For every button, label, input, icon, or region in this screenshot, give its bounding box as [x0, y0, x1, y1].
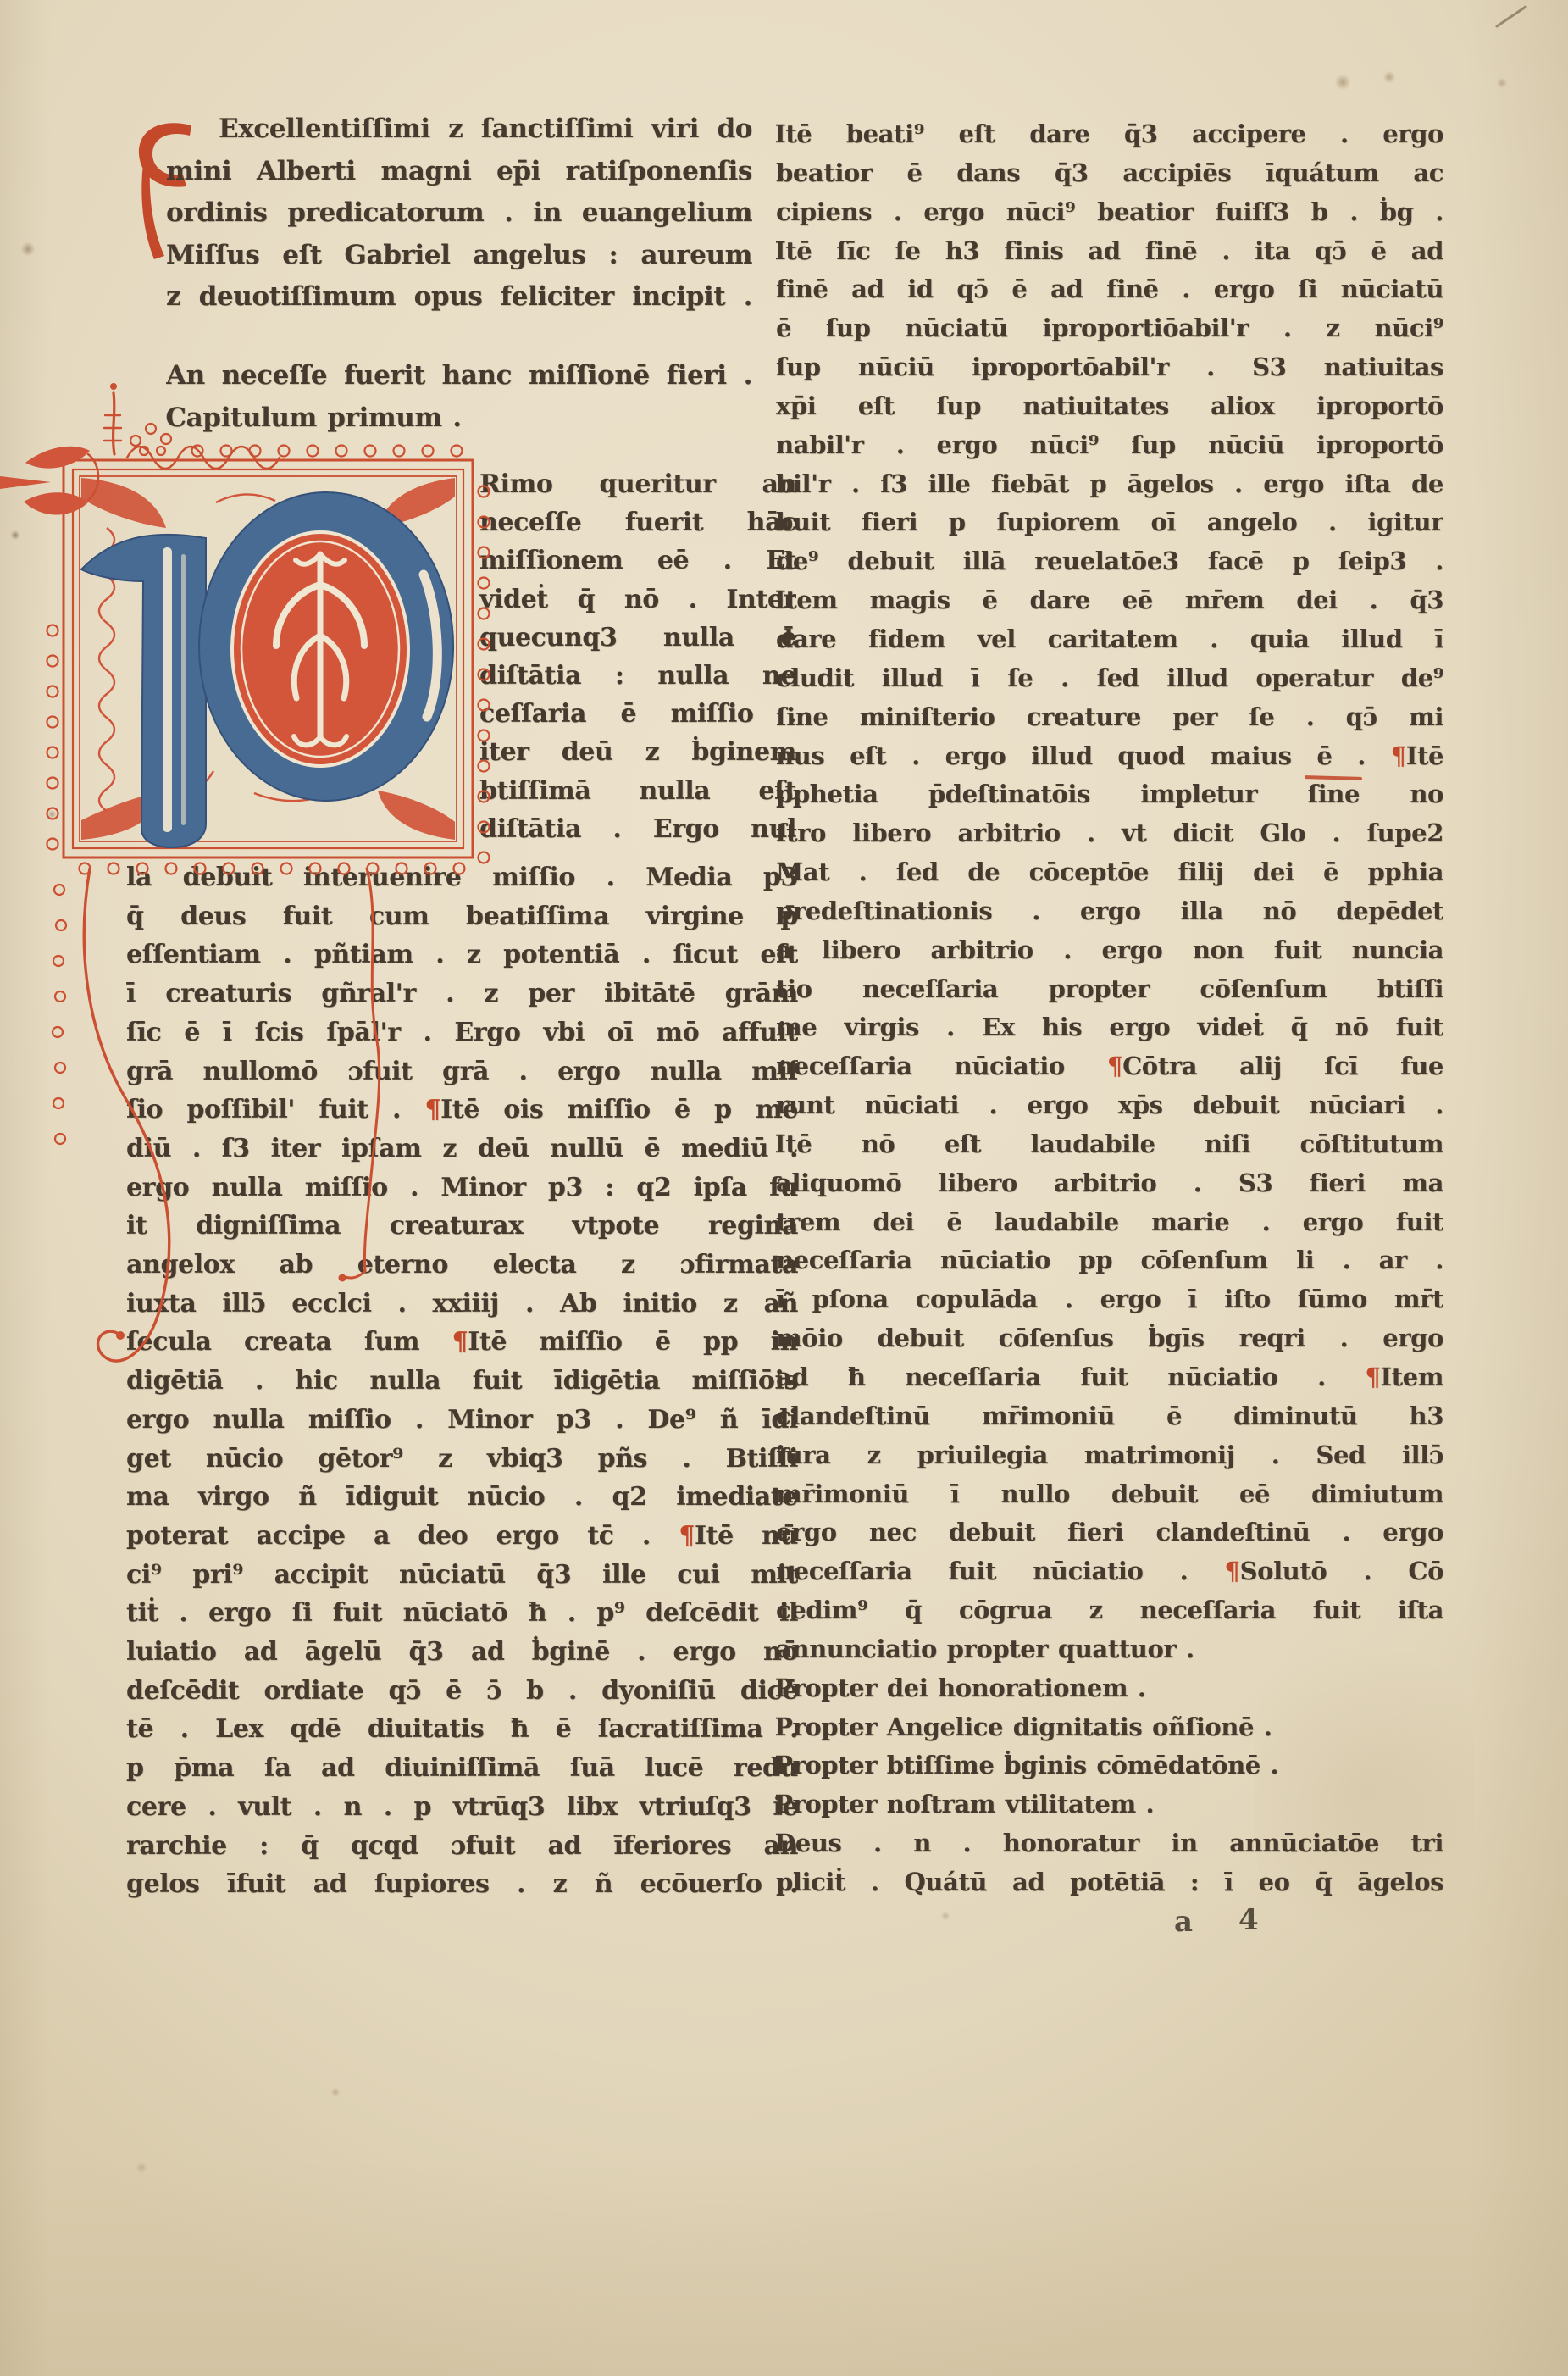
rubric-paraph-icon: ¶	[1365, 1363, 1380, 1391]
rubric-paraph-icon: ¶	[1391, 741, 1406, 770]
text-line: clandeſtinū mr̄imoniū ē diminutū h3	[776, 1397, 1443, 1436]
stem-highlight	[163, 547, 172, 832]
text-line: pliciṫ . Quátū ad potētiā : ī eo q̄ āgel…	[776, 1863, 1443, 1902]
text-line: Miſſus eſt Gabriel angelus : aureum	[166, 235, 752, 277]
text-line: gelos īfuit ad ſupiores . z ñ ecōuerſo .	[126, 1865, 798, 1904]
text-line: nus eſt . ergo illud quod maius ē . ¶Itē	[776, 737, 1443, 776]
text-line: trem dei ē laudabile marie . ergo fuit	[776, 1203, 1443, 1242]
text-line: z deuotiſſimum opus feliciter incipit .	[166, 276, 752, 319]
text-line: Mat . ſed de cōceptōe filij dei ē pphia	[776, 853, 1443, 892]
text-line: neceſſaria fuit nūciatio . ¶Solutō . Cō	[776, 1552, 1443, 1591]
text-line: ¶Itē ſīc ſe h3 finis ad finē . ita qɔ̄ ē…	[776, 232, 1443, 271]
text-line: deſcēdit ordiate qɔ̄ ē ɔ̄ b . dyoniſiū d…	[126, 1672, 798, 1711]
text-line: ſup nūciū iproportōabil'r . S3 natiuitas	[776, 348, 1443, 387]
foxing-spot	[940, 1912, 950, 1920]
text-line: cedim⁹ q̄ cōgrua z neceſſaria fuit iſta	[776, 1591, 1443, 1630]
text-line: ¶Item magis ē dare eē mr̄em dei . q̄3	[776, 581, 1443, 620]
text-line: de⁹ debuit illā reuelatōe3 facē p ſeip3 …	[776, 542, 1443, 581]
text-line: beatior ē dans q̄3 accipiēs īquátum ac	[776, 154, 1443, 193]
text-line: Excellentiſſimi z ſanctiſſimi viri do	[166, 108, 752, 151]
text-line: ¶Itē nō eſt laudabile niſi cōſtitutum	[776, 1125, 1443, 1164]
text-line: tio neceſſaria propter cōſenſum btiſſi	[776, 970, 1443, 1009]
text-line: ¶Deus . n . honoratur in annūciatōe tri	[776, 1824, 1443, 1863]
text-line: ē ſup nūciatū iproportiōabil'r . z nūci⁹	[776, 309, 1443, 348]
initial-medallion	[232, 532, 408, 766]
rubric-paraph-icon: ¶	[1107, 1052, 1122, 1080]
page-edge-shading-bottom	[0, 2156, 1568, 2376]
foxing-spot	[330, 2088, 341, 2096]
text-line: ergo nec debuit fieri clandeſtinū . ergo	[776, 1513, 1443, 1552]
text-line: tiṫ . ergo ſi fuit nūciatō ħ . p⁹ deſcēd…	[126, 1594, 798, 1633]
text-line: me virgis . Ex his ergo videṫ q̄ nō fuit	[776, 1008, 1443, 1047]
foxing-spot	[1334, 75, 1351, 90]
text-line: neceſſaria nūciatio pp cōſenſum li . ar …	[776, 1241, 1443, 1280]
text-line: ſtro libero arbitrio . vt dicit Glo . ſu…	[776, 814, 1443, 853]
text-line: buit fieri p ſupiorem oī angelo . igitur	[776, 503, 1443, 542]
text-line: iura z priuilegia matrimonij . Sed illɔ̄	[776, 1436, 1443, 1475]
incipit-heading: Excellentiſſimi z ſanctiſſimi viri domin…	[166, 108, 752, 319]
text-line: ordinis predicatorum . in euangelium	[166, 192, 752, 235]
text-line: a libero arbitrio . ergo non fuit nuncia	[776, 931, 1443, 970]
text-line: bil'r . ſ3 ille fiebāt p āgelos . ergo i…	[776, 465, 1443, 504]
text-line: predeſtinationis . ergo illa nō depēdet	[776, 892, 1443, 931]
text-line: ¶Propter noſtram vtilitatem .	[776, 1785, 1443, 1824]
text-line: mini Alberti magni ep̄i ratiſponenſis	[166, 151, 752, 193]
text-line: tē . Lex qdē diuitatis ħ ē ſacratiſſima …	[126, 1710, 798, 1749]
text-line: luiatio ad āgelū q̄3 ad ḃginē . ergo nō	[126, 1633, 798, 1672]
column-2: ¶Itē beati⁹ eſt dare q̄3 accipere . ergo…	[776, 115, 1443, 1902]
text-line: poterat accipe a deo ergo tc̄ . ¶Itē nū	[126, 1517, 798, 1556]
text-line: dare fidem vel caritatem . quia illud ī	[776, 620, 1443, 659]
foxing-spot	[1382, 71, 1396, 83]
rubric-paraph-icon: ¶	[1225, 1557, 1240, 1585]
text-line: ſine miniſterio creature per ſe . qɔ̄ mi	[776, 698, 1443, 737]
text-line: ad ħ neceſſaria fuit nūciatio . ¶Item	[776, 1358, 1443, 1397]
text-line: cere . vult . n . p vtrūq3 libx vtriuſq3…	[126, 1788, 798, 1827]
text-line: ¶Propter Angelice dignitatis oñſionē .	[776, 1708, 1443, 1747]
text-line: pphetia p̄deſtinatōis impletur ſine no	[776, 775, 1443, 814]
rubric-paraph-icon: ¶	[679, 1521, 695, 1551]
page-edge-shading-right	[1466, 0, 1568, 2376]
text-line: neceſſaria nūciatio ¶Cōtra alij ſcī fue	[776, 1047, 1443, 1086]
text-line: mōio debuit cōſenſus ḃgīs reqri . ergo	[776, 1319, 1443, 1358]
text-line: finē ad id qɔ̄ ē ad finē . ergo ſi nūcia…	[776, 270, 1443, 309]
manuscript-page: Excellentiſſimi z ſanctiſſimi viri domin…	[0, 0, 1568, 2376]
text-line: annunciatio propter quattuor .	[776, 1630, 1443, 1669]
text-line: ī pſona copulāda . ergo ī iſto ſūmo mr̄t	[776, 1280, 1443, 1319]
text-line: cludit illud ī ſe . ſed illud operatur d…	[776, 659, 1443, 698]
signature-mark-letter: a	[1174, 1905, 1193, 1939]
text-line: nabil'r . ergo nūci⁹ ſup nūciū iproportō	[776, 426, 1443, 465]
text-line: ci⁹ pri⁹ accipit nūciatū q̄3 ille cui mi…	[126, 1556, 798, 1595]
text-line: mr̄imoniū ī nullo debuit eē dimiutum	[776, 1475, 1443, 1514]
text-line: runt nūciati . ergo xp̄s debuit nūciari …	[776, 1086, 1443, 1125]
signature-mark-number: 4	[1238, 1903, 1259, 1937]
text-line: aliquomō libero arbitrio . S3 fieri ma	[776, 1164, 1443, 1203]
text-line: rarchie : q̄ qcqd ɔfuit ad īferiores an	[126, 1827, 798, 1866]
text-line: ¶Propter dei honorationem .	[776, 1669, 1443, 1708]
illuminated-initial-P	[0, 363, 542, 1490]
text-line: cipiens . ergo nūci⁹ beatior fuiſſ3 b . …	[776, 193, 1443, 232]
text-line: p p̄ma ſa ad diuiniſſimā ſuā lucē redu	[126, 1749, 798, 1788]
text-line: xp̄i eſt ſup natiuitates aliox iproportō	[776, 387, 1443, 426]
text-line: ¶Propter btiſſime ḃginis cōmēdatōnē .	[776, 1746, 1443, 1785]
text-line: ¶Itē beati⁹ eſt dare q̄3 accipere . ergo	[776, 115, 1443, 154]
